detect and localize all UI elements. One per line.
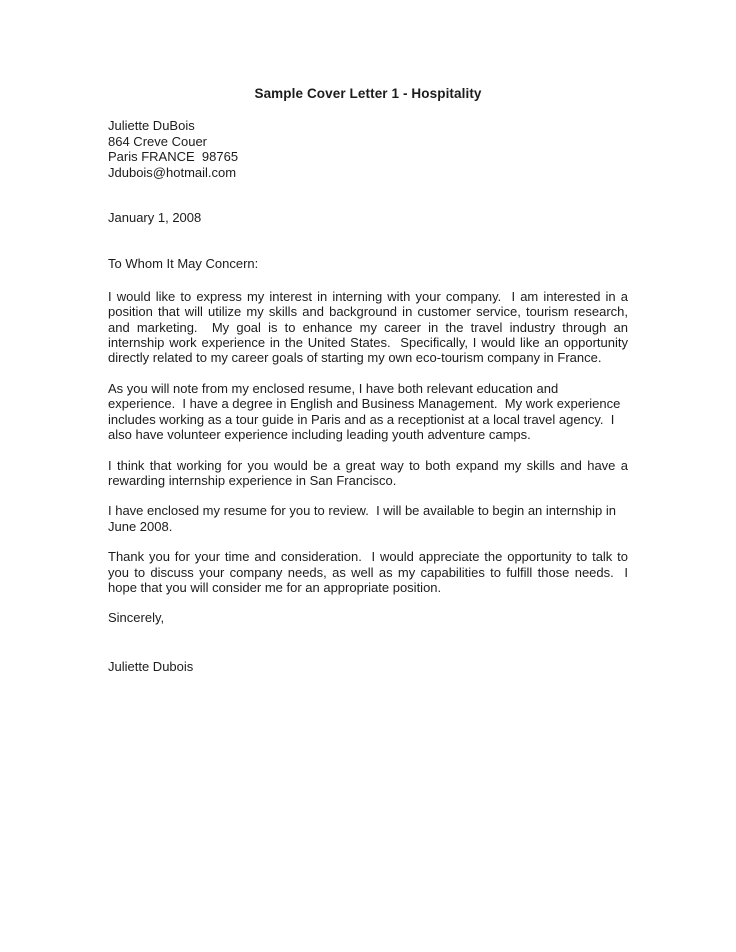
sender-name: Juliette DuBois xyxy=(108,118,628,133)
body-paragraph-3: I think that working for you would be a … xyxy=(108,458,628,489)
body-paragraph-1: I would like to express my interest in i… xyxy=(108,289,628,366)
letter-date: January 1, 2008 xyxy=(108,210,628,225)
sender-city-line: Paris FRANCE 98765 xyxy=(108,149,628,164)
sender-address-block: Juliette DuBois 864 Creve Couer Paris FR… xyxy=(108,118,628,180)
letter-page: Sample Cover Letter 1 - Hospitality Juli… xyxy=(0,0,736,952)
body-paragraph-4: I have enclosed my resume for you to rev… xyxy=(108,503,628,534)
letter-title: Sample Cover Letter 1 - Hospitality xyxy=(108,86,628,101)
closing: Sincerely, xyxy=(108,610,628,625)
sender-email: Jdubois@hotmail.com xyxy=(108,165,628,180)
signature-name: Juliette Dubois xyxy=(108,659,628,674)
body-paragraph-2: As you will note from my enclosed resume… xyxy=(108,381,628,443)
salutation: To Whom It May Concern: xyxy=(108,256,628,271)
body-paragraph-5: Thank you for your time and consideratio… xyxy=(108,549,628,595)
sender-street: 864 Creve Couer xyxy=(108,134,628,149)
